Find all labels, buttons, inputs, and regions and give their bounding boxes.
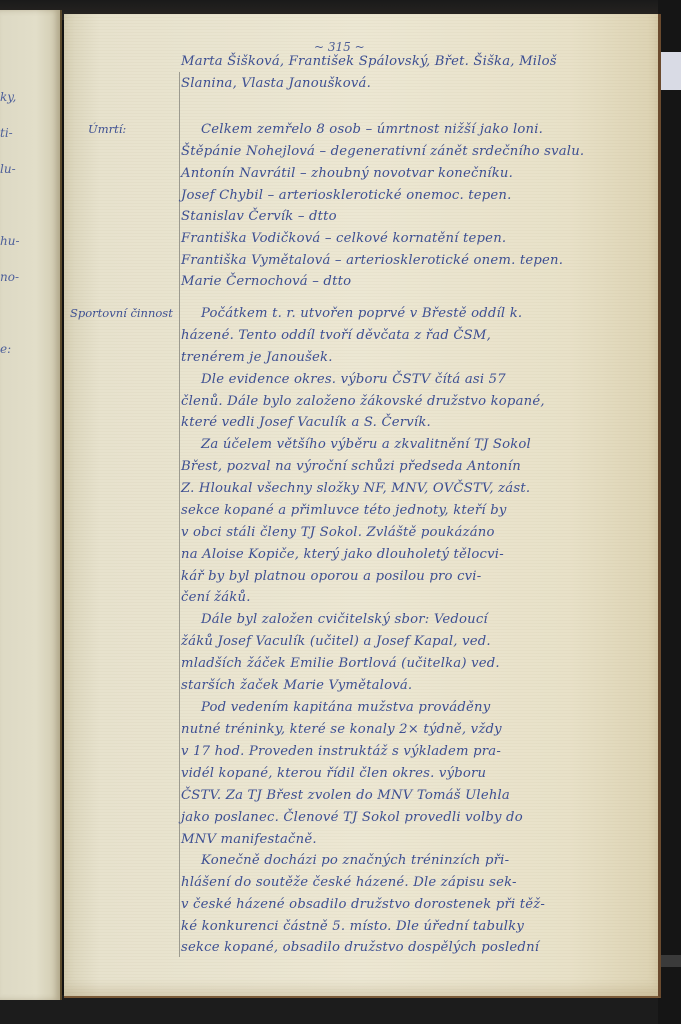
handwritten-line: hlášení do soutěže české házené. Dle záp… xyxy=(181,875,517,890)
handwritten-line: žáků Josef Vaculík (učitel) a Josef Kapa… xyxy=(181,634,491,649)
left-page-text-fragment: e: xyxy=(0,342,11,356)
handwritten-line: Marie Černochová – dtto xyxy=(181,274,351,289)
handwritten-line: Z. Hloukal všechny složky NF, MNV, OVČST… xyxy=(181,481,530,496)
display-frame xyxy=(658,0,681,1024)
handwritten-line: mladších žáček Emilie Bortlová (učitelka… xyxy=(181,656,500,671)
handwritten-line: ké konkurenci částně 5. místo. Dle úředn… xyxy=(181,919,524,934)
left-page-text-fragment: no- xyxy=(0,270,19,284)
left-page: ky,ti-lu-hu-no-e: xyxy=(0,10,62,1000)
handwritten-line: Konečně docházi po značných tréninzích p… xyxy=(201,853,509,868)
frame-strip xyxy=(658,955,681,967)
left-page-text-fragment: hu- xyxy=(0,234,20,248)
left-page-text-fragment: lu- xyxy=(0,162,16,176)
handwritten-line: Františka Vymětalová – arteriosklerotick… xyxy=(181,253,563,268)
handwritten-line: trenérem je Janoušek. xyxy=(181,350,333,365)
handwritten-line: Františka Vodičková – celkové kornatění … xyxy=(181,231,506,246)
handwritten-line: ČSTV. Za TJ Břest zvolen do MNV Tomáš Ul… xyxy=(181,788,510,803)
handwritten-line: házené. Tento oddíl tvoří děvčata z řad … xyxy=(181,328,491,343)
handwritten-line: jako poslanec. Členové TJ Sokol provedli… xyxy=(181,810,523,825)
handwritten-line: Dle evidence okres. výboru ČSTV čítá asi… xyxy=(201,372,506,387)
handwritten-line: Josef Chybil – arteriosklerotické onemoc… xyxy=(181,188,512,203)
left-page-text-fragment: ti- xyxy=(0,126,13,140)
handwritten-line: sekce kopané a přimluvce této jednoty, k… xyxy=(181,503,507,518)
handwritten-line: Marta Šišková, František Spálovský, Břet… xyxy=(181,54,557,69)
handwritten-line: Slanina, Vlasta Janoušková. xyxy=(181,76,371,91)
handwritten-line: čení žáků. xyxy=(181,590,251,605)
handwritten-line: Antonín Navrátil – zhoubný novotvar kone… xyxy=(181,166,513,181)
handwritten-line: Pod vedením kapitána mužstva prováděny xyxy=(201,700,490,715)
right-page: ~ 315 ~ Marta Šišková, František Spálovs… xyxy=(64,14,661,998)
handwritten-line: které vedli Josef Vaculík a S. Červík. xyxy=(181,415,431,430)
handwritten-line: Břest, pozval na výroční schůzi předseda… xyxy=(181,459,521,474)
handwritten-line: na Aloise Kopiče, který jako dlouholetý … xyxy=(181,547,504,562)
handwritten-line: vidél kopané, kterou řídil člen okres. v… xyxy=(181,766,486,781)
handwritten-line: sekce kopané, obsadilo družstvo dospělýc… xyxy=(181,940,539,955)
handwritten-line: MNV manifestačně. xyxy=(181,832,317,847)
handwritten-line: kář by byl platnou oporou a posilou pro … xyxy=(181,569,481,584)
page-number: ~ 315 ~ xyxy=(314,40,365,54)
handwritten-line: v obci stáli členy TJ Sokol. Zvláště pou… xyxy=(181,525,495,540)
handwritten-line: Dále byl založen cvičitelský sbor: Vedou… xyxy=(201,612,488,627)
handwritten-line: Celkem zemřelo 8 osob – úmrtnost nižší j… xyxy=(201,122,543,137)
handwritten-line: Za účelem většího výběru a zkvalitnění T… xyxy=(201,437,531,452)
margin-section-label: Úmrtí: xyxy=(88,122,126,136)
handwritten-line: Počátkem t. r. utvořen poprvé v Břestě o… xyxy=(201,306,522,321)
left-page-text-fragment: ky, xyxy=(0,90,16,104)
margin-rule xyxy=(179,72,180,957)
handwritten-line: Štěpánie Nohejlová – degenerativní zánět… xyxy=(181,144,584,159)
handwritten-line: členů. Dále bylo založeno žákovské družs… xyxy=(181,394,545,409)
handwritten-line: starších žaček Marie Vymětalová. xyxy=(181,678,412,693)
frame-label-tab xyxy=(660,52,681,90)
handwritten-line: nutné tréninky, které se konaly 2× týdně… xyxy=(181,722,502,737)
margin-section-label: Sportovní činnost xyxy=(70,306,173,320)
handwritten-line: Stanislav Červík – dtto xyxy=(181,209,337,224)
handwritten-line: v 17 hod. Proveden instruktáž s výkladem… xyxy=(181,744,501,759)
handwritten-line: v české házené obsadilo družstvo doroste… xyxy=(181,897,545,912)
backdrop-bottom xyxy=(0,995,681,1024)
